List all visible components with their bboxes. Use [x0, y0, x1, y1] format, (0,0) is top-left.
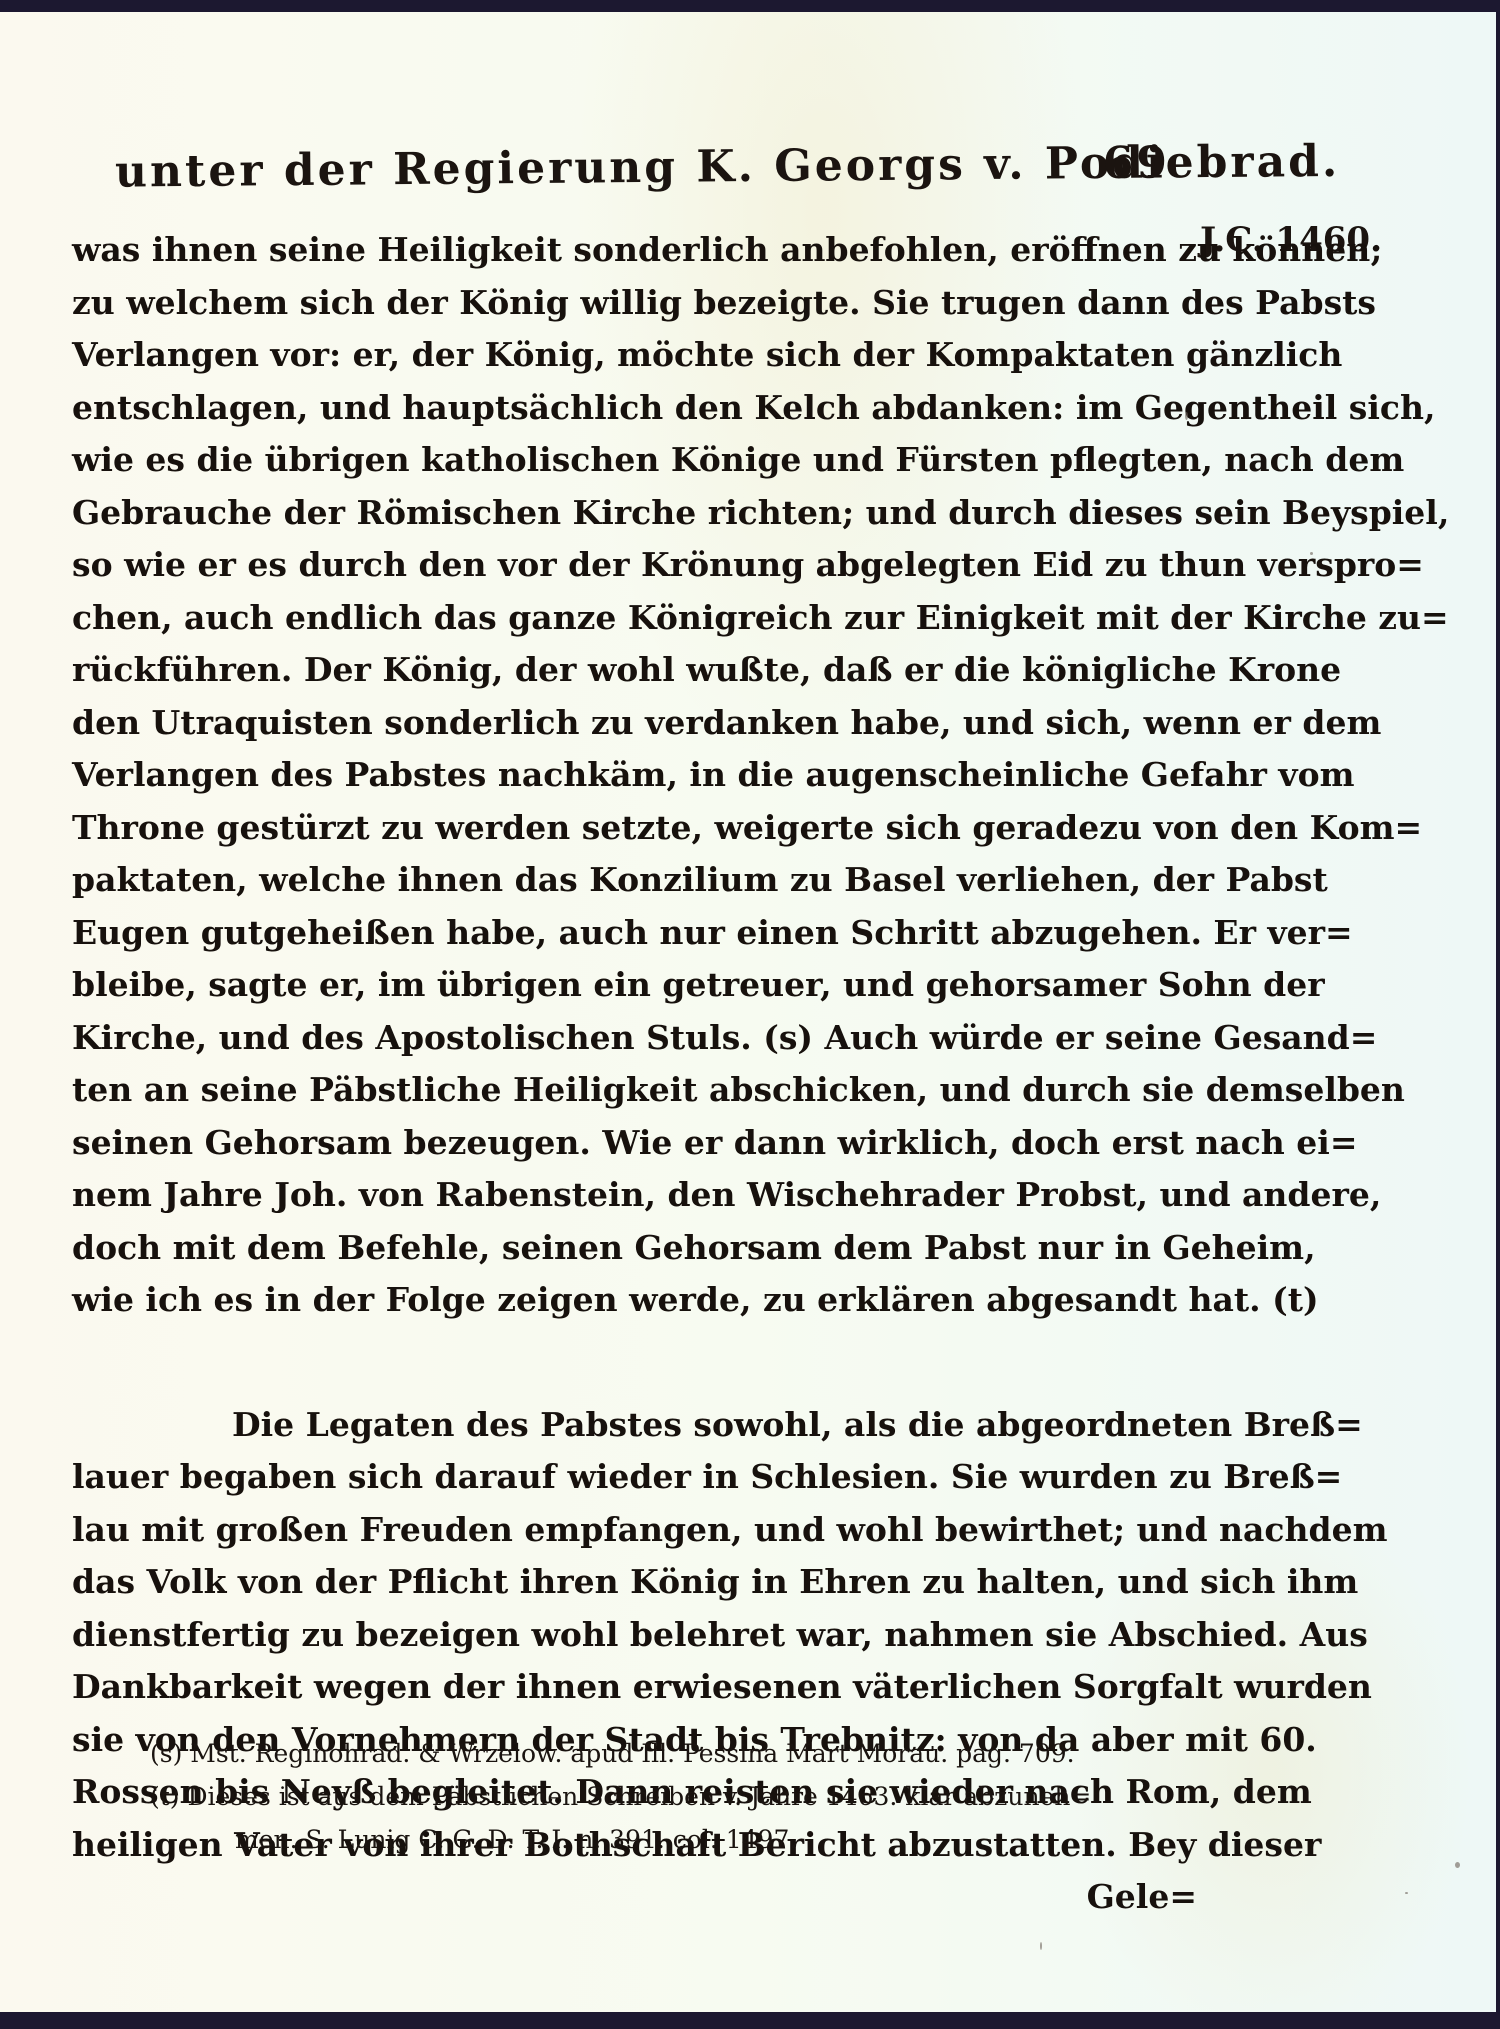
- footnote-s: (s) Mst. Reginohrad. & Wrzelow. apud Ill…: [150, 1732, 1240, 1775]
- text-line: Gebrauche der Römischen Kirche richten; …: [72, 487, 1227, 540]
- footnote-t: (t) Dieses ist aus dem Päbstlichen Schre…: [150, 1775, 1240, 1818]
- paper-speck: [1040, 1942, 1042, 1950]
- text-line: nem Jahre Joh. von Rabenstein, den Wisch…: [72, 1169, 1227, 1222]
- text-line: lauer begaben sich darauf wieder in Schl…: [72, 1451, 1227, 1504]
- footnote-t-continuation: men. S. Lunig C. G. D. T. I. n. 391. col…: [150, 1818, 1240, 1861]
- paragraph-gap: [72, 1327, 1227, 1399]
- text-line: paktaten, welche ihnen das Konzilium zu …: [72, 854, 1227, 907]
- catchword: Gele=: [72, 1871, 1227, 1924]
- paper-speck: [1310, 552, 1313, 555]
- text-line: Verlangen vor: er, der König, möchte sic…: [72, 329, 1227, 382]
- text-line: Throne gestürzt zu werden setzte, weiger…: [72, 802, 1227, 855]
- text-line: bleibe, sagte er, im übrigen ein getreue…: [72, 959, 1227, 1012]
- text-line: Verlangen des Pabstes nachkäm, in die au…: [72, 749, 1227, 802]
- text-line: zu welchem sich der König willig bezeigt…: [72, 277, 1227, 330]
- text-line: Die Legaten des Pabstes sowohl, als die …: [72, 1399, 1227, 1452]
- book-page: unter der Regierung K. Georgs v. Podiebr…: [0, 12, 1496, 2012]
- text-line: wie ich es in der Folge zeigen werde, zu…: [72, 1274, 1227, 1327]
- footnotes: (s) Mst. Reginohrad. & Wrzelow. apud Ill…: [150, 1732, 1240, 1861]
- body-text: was ihnen seine Heiligkeit sonderlich an…: [72, 224, 1227, 1924]
- scan-border-right: [1496, 0, 1500, 2029]
- text-line: den Utraquisten sonderlich zu verdanken …: [72, 697, 1227, 750]
- text-line: Kirche, und des Apostolischen Stuls. (s)…: [72, 1012, 1227, 1065]
- scan-border-bottom: [0, 2012, 1500, 2029]
- text-line: Dankbarkeit wegen der ihnen erwiesenen v…: [72, 1661, 1227, 1714]
- text-line: rückführen. Der König, der wohl wußte, d…: [72, 644, 1227, 697]
- text-line: so wie er es durch den vor der Krönung a…: [72, 539, 1227, 592]
- text-line: doch mit dem Befehle, seinen Gehorsam de…: [72, 1222, 1227, 1275]
- text-line: wie es die übrigen katholischen Könige u…: [72, 434, 1227, 487]
- text-line: lau mit großen Freuden empfangen, und wo…: [72, 1504, 1227, 1557]
- paper-speck: [1185, 412, 1188, 420]
- text-line: das Volk von der Pflicht ihren König in …: [72, 1556, 1227, 1609]
- page-number: 69: [1103, 137, 1171, 189]
- text-line: chen, auch endlich das ganze Königreich …: [72, 592, 1227, 645]
- text-line: entschlagen, und hauptsächlich den Kelch…: [72, 382, 1227, 435]
- paper-speck: [1455, 1862, 1460, 1868]
- running-head: unter der Regierung K. Georgs v. Podiebr…: [115, 137, 1170, 197]
- text-line: Eugen gutgeheißen habe, auch nur einen S…: [72, 907, 1227, 960]
- text-line: ten an seine Päbstliche Heiligkeit absch…: [72, 1064, 1227, 1117]
- paragraph-1: was ihnen seine Heiligkeit sonderlich an…: [72, 224, 1227, 1327]
- text-line: dienstfertig zu bezeigen wohl belehret w…: [72, 1609, 1227, 1662]
- text-line: seinen Gehorsam bezeugen. Wie er dann wi…: [72, 1117, 1227, 1170]
- paper-speck: [1405, 1892, 1408, 1894]
- text-line: was ihnen seine Heiligkeit sonderlich an…: [72, 224, 1227, 277]
